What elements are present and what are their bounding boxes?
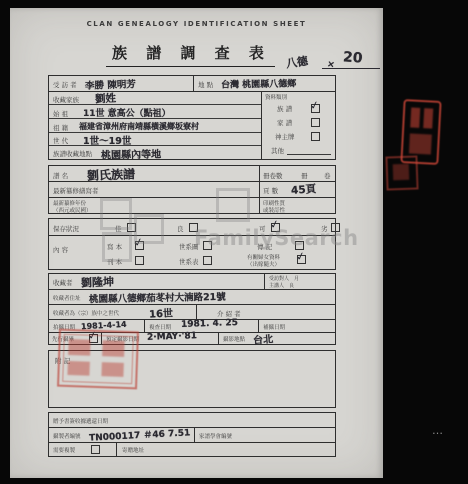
section-processing-table: 贈予書簽收據遞還日期 攝製者編號 TN000117 ＃46 7.51 家譜學會編… [48, 412, 336, 457]
category-item-label: 族 譜 [277, 104, 292, 113]
handwritten-sheet-number: 20 [342, 49, 363, 66]
origin-label: 祖 籍 [53, 123, 68, 132]
category-title: 資料類別 [265, 93, 287, 101]
pages-label: 頁 數 [263, 186, 278, 195]
send-address-label: 寄贈地址 [122, 446, 144, 454]
red-seal-stamp [385, 155, 418, 190]
address-label: 收藏者住址 [53, 294, 81, 302]
print-label-sub: 或裝訂性 [263, 206, 285, 214]
interviewee-label: 受 訪 者 [53, 80, 77, 89]
introducer-label: 介 紹 者 [217, 309, 241, 318]
category-checkbox-shenzhupai [311, 132, 320, 141]
volumes-unit: 冊 [301, 171, 308, 180]
site-label: 攝影地點 [223, 335, 245, 343]
grid-line [264, 274, 265, 289]
content-label: 內 容 [53, 245, 68, 254]
content-item-label: 世系表 [179, 257, 199, 266]
familysearch-logo-mark [216, 188, 250, 222]
owner-generation-label: 收藏者為（宗）族中之世代 [53, 309, 119, 317]
familysearch-watermark: FamilySearch [194, 226, 359, 250]
location-value: 桃園縣內等地 [101, 145, 161, 161]
other-blank-line [287, 154, 331, 155]
generation-label: 世 代 [53, 136, 68, 145]
family-label: 收藏家族 [53, 95, 79, 104]
place-label: 地 點 [198, 80, 213, 89]
grid-line [261, 91, 262, 159]
row-interviewee-place: 受 訪 者 李勝 陳明芳 地 點 台灣 桃園縣八德鄉 [49, 76, 335, 92]
number-underline [322, 68, 380, 69]
seal-glyph [68, 339, 91, 356]
corner-note-line: 受訪對人 月 [269, 275, 299, 282]
origin-value: 福建省漳州府南靖縣橫溪鄉坂寮村 [79, 121, 199, 132]
copy-label: 需要複製 [53, 446, 75, 454]
row-return-date: 贈予書簽收據遞還日期 [49, 413, 335, 428]
content-checkbox-printed [135, 256, 144, 265]
interviewee-value: 李勝 陳明芳 [85, 76, 136, 92]
section-title-table: 譜 名 劉氏族譜 冊卷數 冊 卷 最新纂修繕寫者 頁 數 45頁 最新纂修年份 … [48, 165, 336, 214]
row-film-number: 攝製者編號 TN000117 ＃46 7.51 家譜學會編號 [49, 427, 335, 443]
women-data-label-sub: （出嫁隨夫） [247, 260, 280, 268]
copy-checkbox [91, 445, 100, 454]
year-label-sub: （西元或民國） [53, 206, 92, 214]
row-owner-generation: 收藏者為（宗）族中之世代 16世 介 紹 者 [49, 304, 335, 320]
corner-note-line: 主講人 良 [269, 282, 294, 289]
place-value: 台灣 桃園縣八德鄉 [221, 76, 296, 90]
owner-value: 劉隆坤 [81, 273, 115, 290]
condition-option-label: 良 [177, 224, 184, 233]
pages-value: 45頁 [291, 181, 317, 198]
grid-line [49, 132, 261, 133]
section-source-body: 收藏家族 劉姓 始 祖 11世 意高公（點祖） 祖 籍 福建省漳州府南靖縣橫溪鄉… [49, 91, 335, 159]
category-checkbox-zupu [311, 104, 320, 113]
chinese-title: 族 譜 調 查 表 [106, 42, 275, 67]
owner-label: 收藏者 [53, 278, 73, 287]
address-value: 桃園縣八德鄉茄苳村大湳路21號 [89, 289, 226, 305]
seal-glyph [67, 361, 89, 376]
location-label: 族譜收藏地點 [53, 149, 92, 158]
seal-glyph [101, 362, 123, 377]
title-label: 譜 名 [53, 171, 68, 180]
grid-line [49, 118, 261, 119]
condition-label: 保存狀況 [53, 224, 79, 233]
society-label: 家譜學會編號 [199, 432, 232, 440]
content-checkbox-women-data [297, 255, 306, 264]
volumes-unit: 卷 [324, 171, 331, 180]
category-other-label: 其他 [271, 146, 284, 155]
row-owner: 收藏者 劉隆坤 受訪對人 月 主講人 良 [49, 274, 335, 290]
category-checkbox-jiapu [311, 118, 320, 127]
ancestor-label: 始 祖 [53, 109, 68, 118]
return-label: 贈予書簽收據遞還日期 [53, 417, 108, 425]
row-copy-request: 需要複製 寄贈地址 [49, 442, 335, 456]
familysearch-logo-mark [102, 232, 132, 262]
english-title: CLAN GENEALOGY IDENTIFICATION SHEET [10, 20, 383, 28]
row-compile-year: 最新纂修年份 （西元或民國） 印刷性質 或裝訂性 [49, 197, 335, 213]
site-value: 台北 [252, 330, 273, 347]
seal-glyph [409, 133, 432, 154]
seal-glyph [423, 108, 433, 128]
grid-line [258, 319, 259, 332]
grid-line [194, 427, 195, 442]
film-label: 攝製者編號 [53, 432, 81, 440]
category-item-label: 神主牌 [275, 132, 295, 141]
grid-line [144, 319, 145, 332]
handwritten-district: 八德 [285, 53, 309, 72]
grid-line [49, 104, 261, 105]
compiler-label: 最新纂修繕寫者 [53, 186, 99, 195]
seal-glyph [102, 340, 125, 357]
familysearch-logo-mark [100, 198, 132, 230]
row-genealogy-title: 譜 名 劉氏族譜 冊卷數 冊 卷 [49, 166, 335, 182]
seal-glyph [393, 164, 410, 181]
grid-line [196, 304, 197, 319]
film-edge-dots: … [432, 424, 443, 437]
review-date-label: 複查日期 [149, 323, 171, 331]
volumes-label: 冊卷數 [263, 171, 283, 180]
seal-glyph [410, 107, 420, 127]
grid-line [218, 332, 219, 344]
section-source-table: 受 訪 者 李勝 陳明芳 地 點 台灣 桃園縣八德鄉 收藏家族 劉姓 始 祖 1… [48, 75, 336, 160]
red-seal-stamp [57, 329, 139, 390]
row-compiler: 最新纂修繕寫者 頁 數 45頁 [49, 181, 335, 198]
content-checkbox-lineage-table [203, 256, 212, 265]
category-item-label: 家 譜 [277, 118, 292, 127]
grid-line [193, 76, 194, 91]
film-value: TN000117 ＃46 7.51 [89, 425, 191, 443]
planned-value: 2·MAY·'81 [147, 331, 197, 343]
grid-line [116, 442, 117, 456]
review-date-value: 1981. 4. 25 [181, 318, 238, 330]
row-owner-address: 收藏者住址 桃園縣八德鄉茄苳村大湳路21號 [49, 289, 335, 305]
familysearch-logo-mark [134, 214, 164, 244]
